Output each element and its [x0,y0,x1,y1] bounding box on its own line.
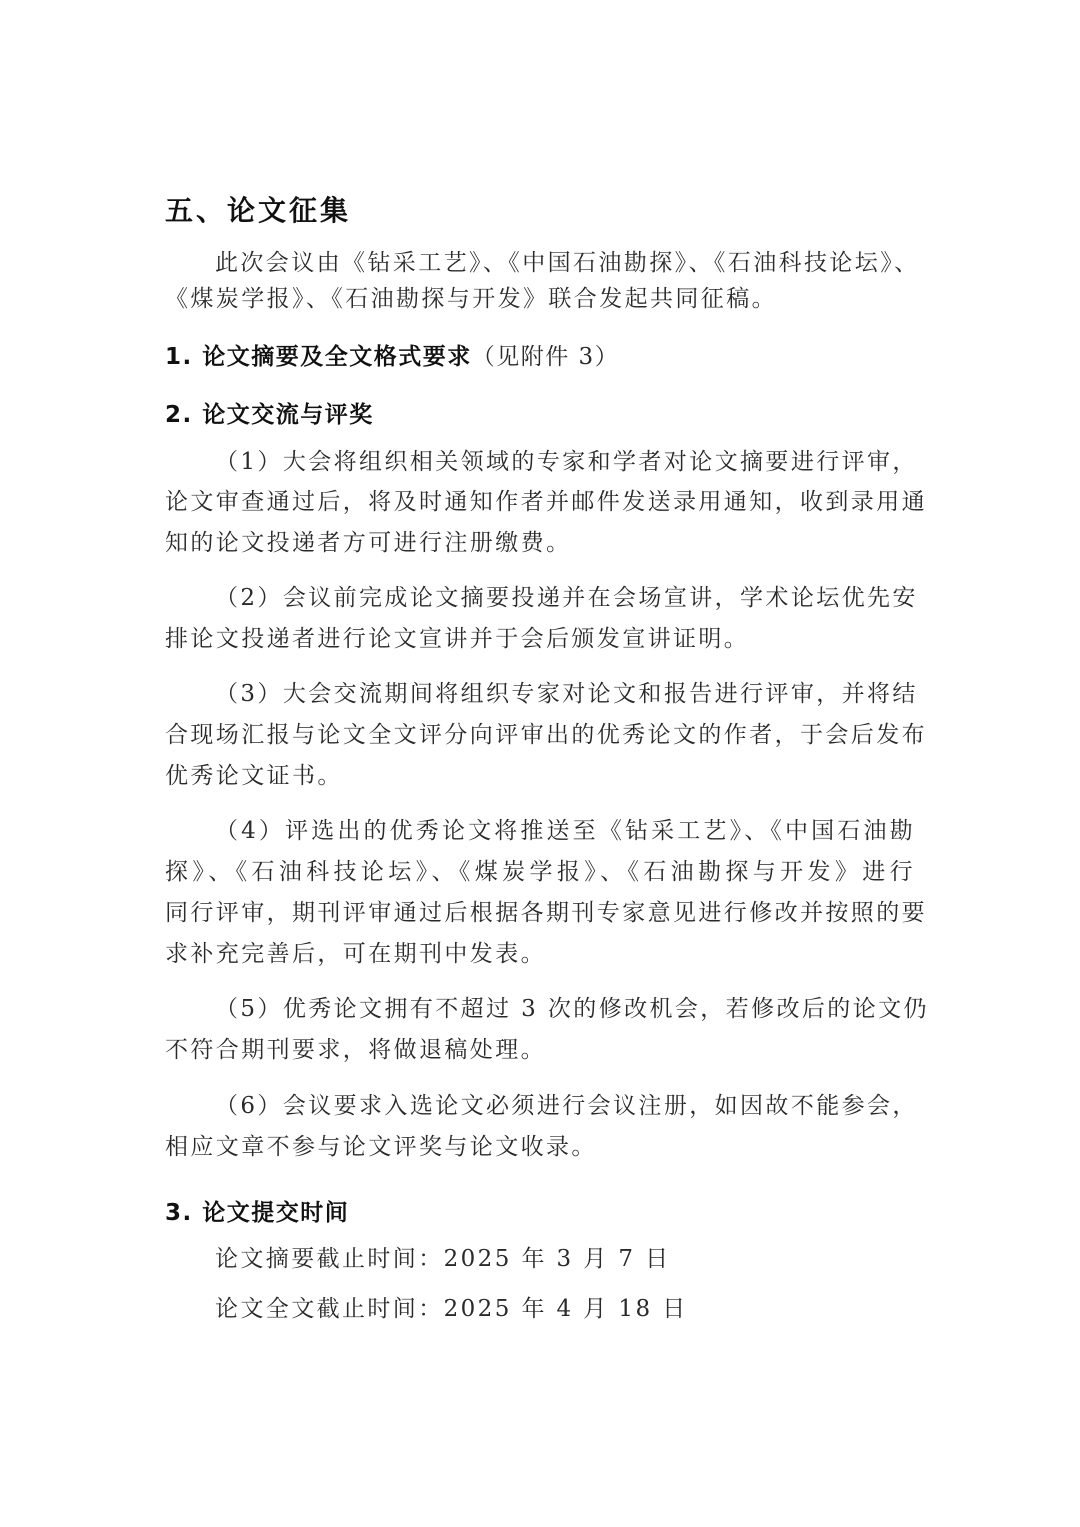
item-2-line-1: （2）会议前完成论文摘要投递并在会场宣讲，学术论坛优先安 [215,583,915,613]
deadline-abstract: 论文摘要截止时间：2025 年 3 月 7 日 [215,1244,671,1274]
document-page: 五、论文征集 此次会议由《钻采工艺》、《中国石油勘探》、《石油科技论坛》、 《煤… [0,0,1080,1527]
section-title: 五、论文征集 [165,196,351,226]
item-1-line-1: （1）大会将组织相关领域的专家和学者对论文摘要进行评审， [215,447,915,477]
item-4-line-4: 求补充完善后，可在期刊中发表。 [165,939,546,969]
item-5-line-2: 不符合期刊要求，将做退稿处理。 [165,1035,546,1065]
item-6-line-2: 相应文章不参与论文评奖与论文收录。 [165,1132,597,1162]
item-3-line-1: （3）大会交流期间将组织专家对论文和报告进行评审，并将结 [215,679,915,709]
item-4-line-3: 同行评审，期刊评审通过后根据各期刊专家意见进行修改并按照的要 [165,898,915,928]
subsection-heading-3: 3. 论文提交时间 [165,1198,349,1228]
item-1-line-2: 论文审查通过后，将及时通知作者并邮件发送录用通知，收到录用通 [165,487,915,517]
item-3-line-3: 优秀论文证书。 [165,761,343,791]
item-6-line-1: （6）会议要求入选论文必须进行会议注册，如因故不能参会， [215,1091,915,1121]
deadline-fulltext: 论文全文截止时间：2025 年 4 月 18 日 [215,1294,688,1324]
intro-line-1: 此次会议由《钻采工艺》、《中国石油勘探》、《石油科技论坛》、 [215,248,915,278]
subsection-heading-1: 1. 论文摘要及全文格式要求（见附件 3） [165,342,619,372]
intro-line-2: 《煤炭学报》、《石油勘探与开发》联合发起共同征稿。 [165,284,777,314]
subsection-heading-2: 2. 论文交流与评奖 [165,400,374,430]
subsection-heading-1-text: 1. 论文摘要及全文格式要求 [165,344,472,370]
item-4-line-2: 探》、《石油科技论坛》、《煤炭学报》、《石油勘探与开发》进行 [165,857,915,887]
item-1-line-3: 知的论文投递者方可进行注册缴费。 [165,528,571,558]
item-2-line-2: 排论文投递者进行论文宣讲并于会后颁发宣讲证明。 [165,624,749,654]
subsection-heading-1-note: （见附件 3） [472,344,619,370]
item-4-line-1: （4）评选出的优秀论文将推送至《钻采工艺》、《中国石油勘 [215,816,915,846]
item-3-line-2: 合现场汇报与论文全文评分向评审出的优秀论文的作者，于会后发布 [165,720,915,750]
item-5-line-1: （5）优秀论文拥有不超过 3 次的修改机会，若修改后的论文仍 [215,994,915,1024]
